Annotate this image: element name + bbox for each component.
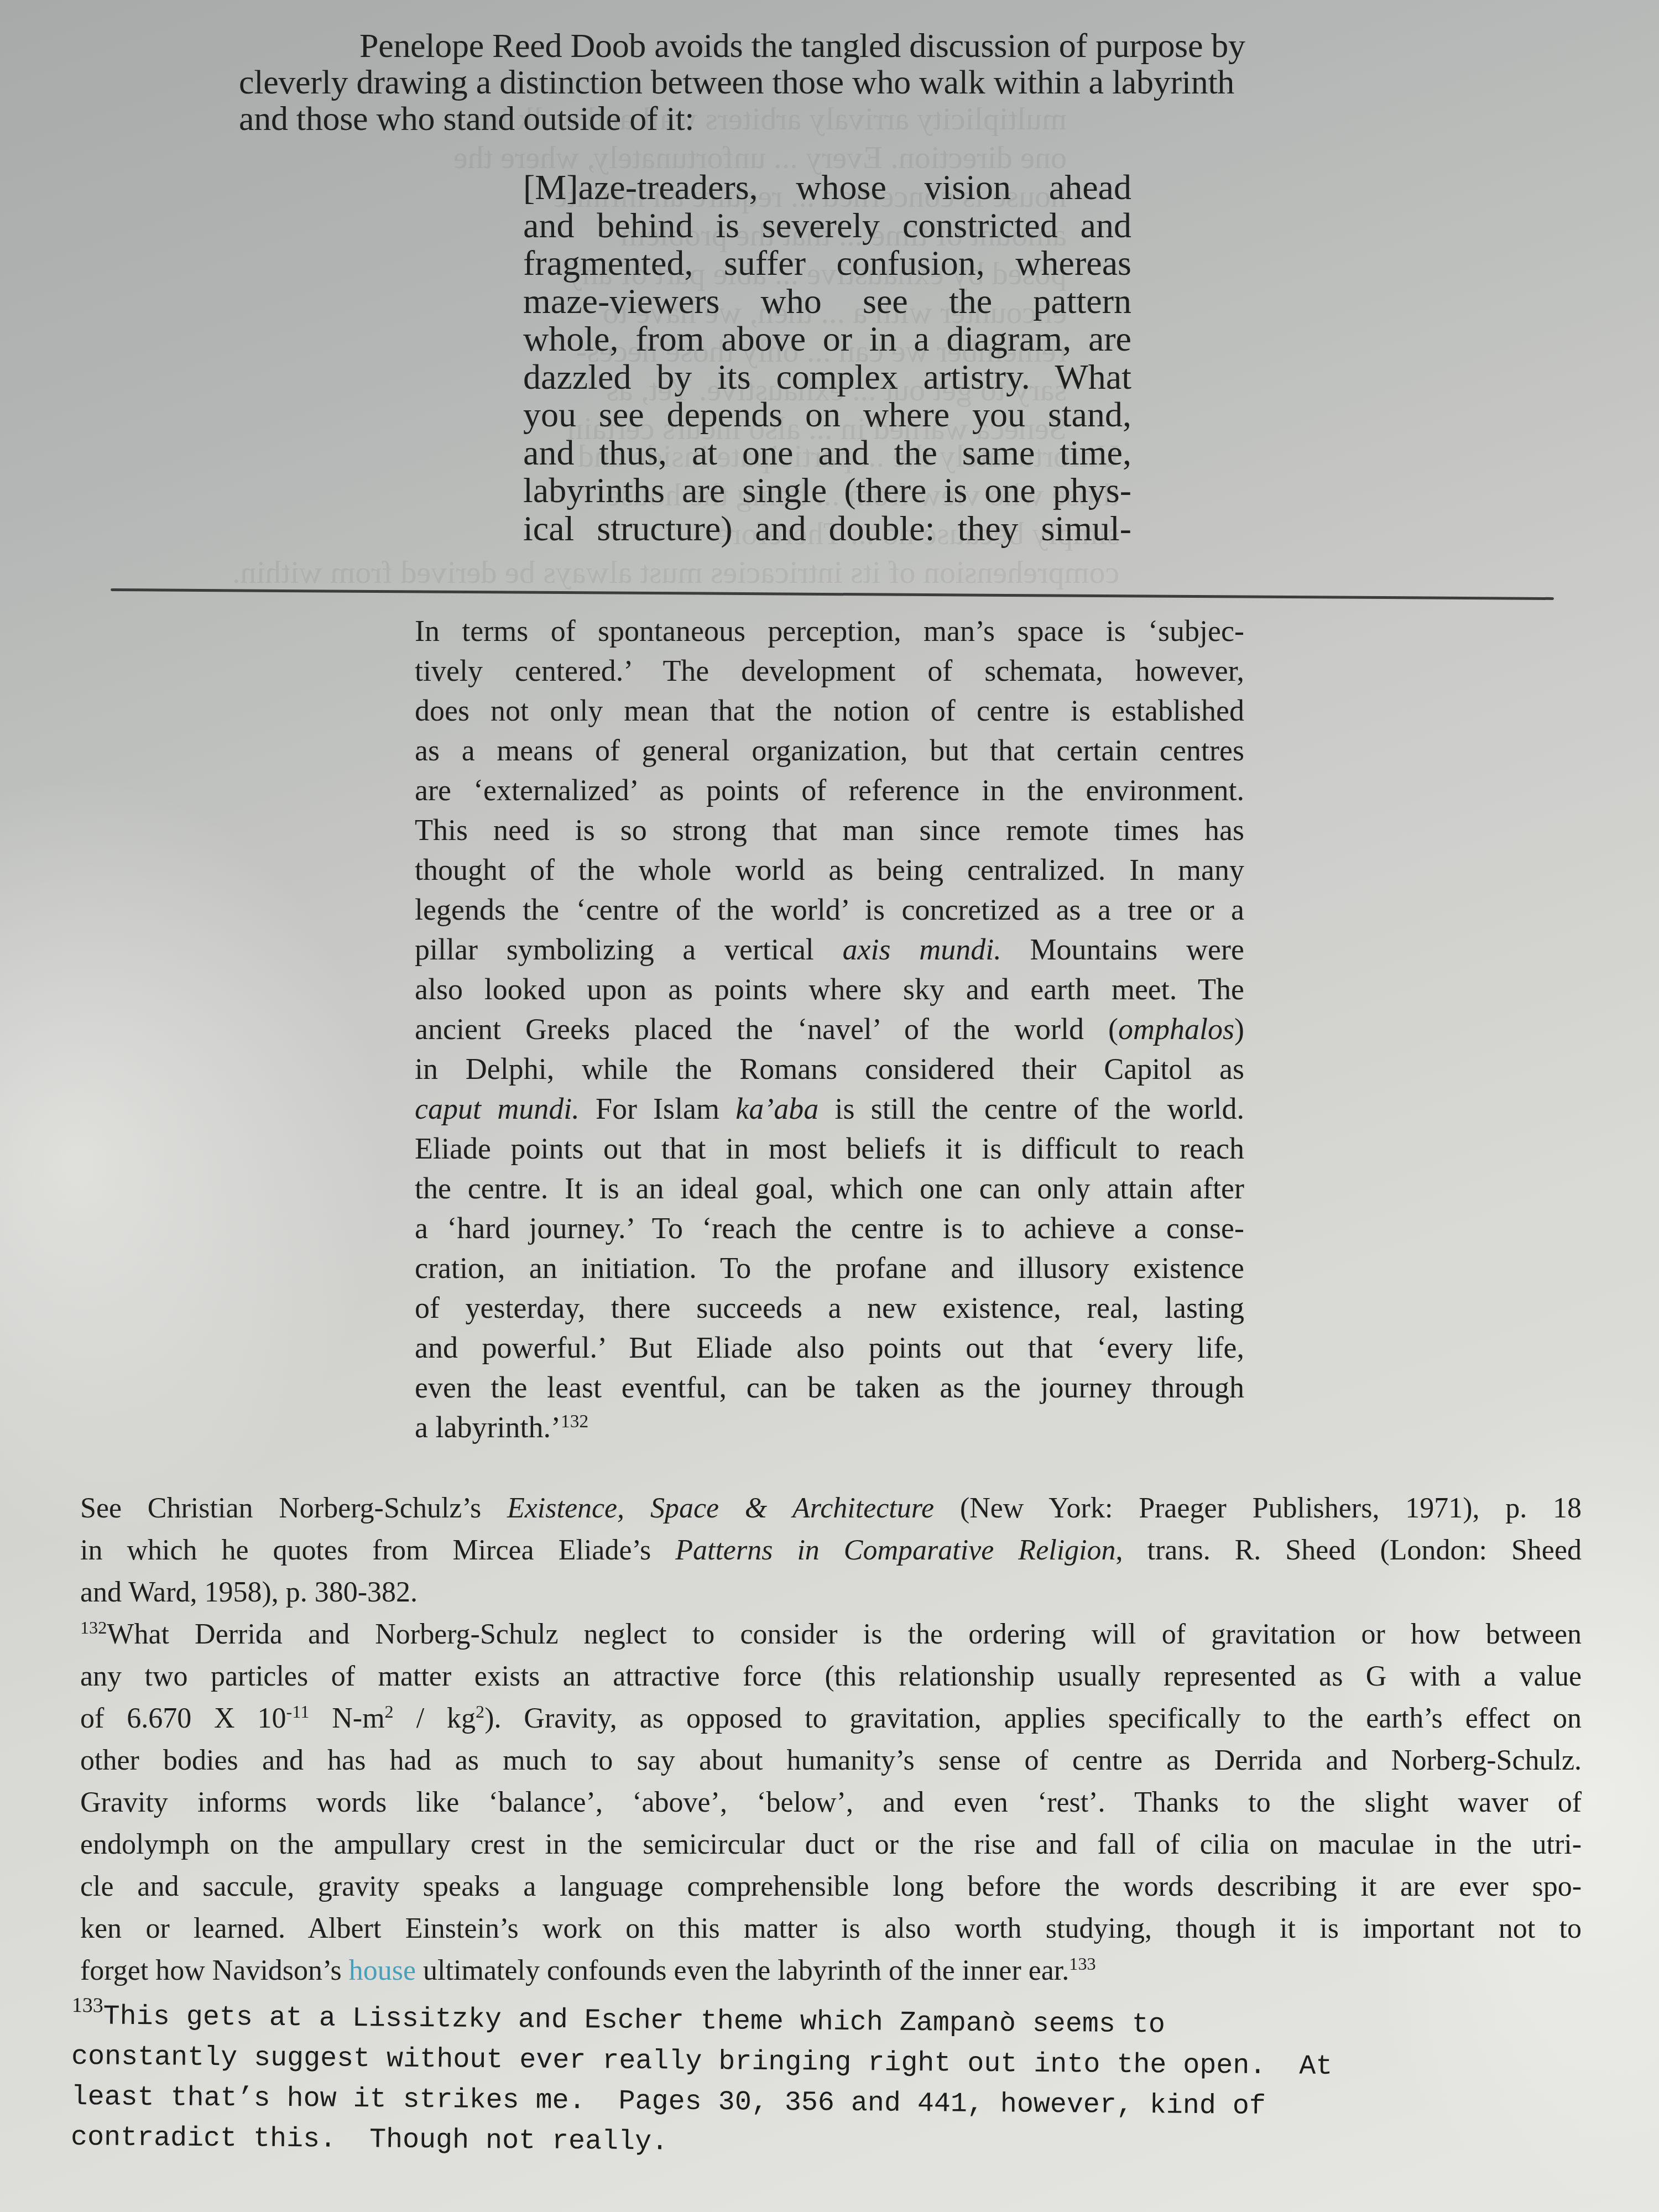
quote-line: in Delphi, while the Romans considered t… [415, 1049, 1244, 1089]
quote-line: labyrinths are single (there is one phys… [523, 472, 1131, 510]
quote-line: whole, from above or in a diagram, are [523, 320, 1131, 358]
quote-line: also looked upon as points where sky and… [415, 969, 1244, 1009]
citation-line: and Ward, 1958), p. 380-382. [80, 1572, 1582, 1614]
text-run: ultimately confounds even the labyrinth … [416, 1955, 1069, 1986]
quote-line: of yesterday, there succeeds a new exist… [415, 1288, 1244, 1328]
text-run: ) [1234, 1013, 1244, 1046]
text-run: , trans. R. Sheed (London: Sheed [1116, 1535, 1582, 1566]
house-link[interactable]: house [349, 1955, 416, 1986]
book-title: Patterns in Comparative Religion [675, 1535, 1115, 1566]
text-run: in which he quotes from Mircea Eliade’s [80, 1535, 675, 1566]
footnote-132-line: 132What Derrida and Norberg-Schulz negle… [80, 1614, 1582, 1656]
quote-line: tively centered.’ The development of sch… [415, 651, 1244, 691]
quote-line: caput mundi. For Islam ka’aba is still t… [415, 1089, 1244, 1129]
italic-term: caput mundi. [415, 1092, 580, 1125]
italic-term: ka’aba [735, 1092, 818, 1125]
quote-line: [M]aze-treaders, whose vision ahead [523, 169, 1131, 207]
page-lighting-left [0, 774, 387, 1548]
footnote-number-133: 133 [72, 1994, 103, 2017]
footnote-132-line: endolymph on the ampullary crest in the … [80, 1824, 1582, 1866]
quote-line: fragmented, suffer confusion, whereas [523, 244, 1131, 283]
text-run: ). Gravity, as opposed to gravitation, a… [484, 1703, 1582, 1734]
quote-line: maze-viewers who see the pattern [523, 283, 1131, 321]
quote-line: and thus, at one and the same time, [523, 434, 1131, 472]
footnote-133-typewriter: 133This gets at a Lissitzky and Escher t… [71, 1996, 1565, 2169]
text-run: N-m [309, 1703, 384, 1734]
footnote-132-line: any two particles of matter exists an at… [80, 1656, 1582, 1698]
text-run: (New York: Praeger Publishers, 1971), p.… [934, 1493, 1582, 1524]
quote-line: In terms of spontaneous perception, man’… [415, 611, 1244, 651]
text-run: of 6.670 X 10 [80, 1703, 286, 1734]
text-run: a labyrinth.’ [415, 1411, 561, 1444]
quote-line: a ‘hard journey.’ To ‘reach the centre i… [415, 1208, 1244, 1248]
quote-line: ical structure) and double: they simul- [523, 510, 1131, 548]
text-run: ancient Greeks placed the ‘navel’ of the… [415, 1013, 1118, 1046]
quote-line: does not only mean that the notion of ce… [415, 691, 1244, 731]
block-quote-doob: [M]aze-treaders, whose vision ahead and … [523, 169, 1131, 547]
footnote-132-line: cle and saccule, gravity speaks a langua… [80, 1866, 1582, 1908]
text-run: forget how Navidson’s [80, 1955, 349, 1986]
text-run: pillar symbolizing a vertical [415, 933, 843, 966]
text-run: This gets at a Lissitzky and Escher them… [103, 2001, 1165, 2041]
quote-line: and powerful.’ But Eliade also points ou… [415, 1328, 1244, 1368]
quote-line: are ‘externalized’ as points of referenc… [415, 770, 1244, 810]
italic-term: axis mundi. [843, 933, 1001, 966]
footnote-number-132: 132 [80, 1618, 107, 1637]
footnote-ref-132[interactable]: 132 [561, 1411, 588, 1432]
footnotes-section: See Christian Norberg-Schulz’s Existence… [80, 1488, 1582, 1992]
quote-line: and behind is severely constricted and [523, 207, 1131, 245]
quote-line: a labyrinth.’132 [415, 1407, 1244, 1447]
footnote-132-line: forget how Navidson’s house ultimately c… [80, 1950, 1582, 1992]
text-run: See Christian Norberg-Schulz’s [80, 1493, 507, 1524]
citation-line: in which he quotes from Mircea Eliade’s … [80, 1530, 1582, 1572]
text-run: What Derrida and Norberg-Schulz neglect … [107, 1619, 1582, 1650]
quote-line: even the least eventful, can be taken as… [415, 1368, 1244, 1407]
exponent: 2 [385, 1702, 394, 1721]
text-line: Penelope Reed Doob avoids the tangled di… [239, 28, 1411, 64]
italic-term: omphalos [1118, 1013, 1234, 1046]
quote-line: as a means of general organization, but … [415, 731, 1244, 770]
quote-line: This need is so strong that man since re… [415, 810, 1244, 850]
quote-line: ancient Greeks placed the ‘navel’ of the… [415, 1009, 1244, 1049]
text-run: is still the centre of the world. [818, 1092, 1244, 1125]
exponent: -11 [286, 1702, 310, 1721]
footnote-132-line: ken or learned. Albert Einstein’s work o… [80, 1908, 1582, 1950]
footnote-ref-133[interactable]: 133 [1069, 1954, 1095, 1974]
quote-line: dazzled by its complex artistry. What [523, 358, 1131, 397]
quote-line: pillar symbolizing a vertical axis mundi… [415, 930, 1244, 969]
footnote-divider [111, 588, 1554, 600]
block-quote-norberg-schulz: In terms of spontaneous perception, man’… [415, 611, 1244, 1447]
book-title: Existence, Space & Architecture [507, 1493, 934, 1524]
footnote-132-line: of 6.670 X 10-11 N-m2 / kg2). Gravity, a… [80, 1698, 1582, 1740]
footnote-132-line: other bodies and has had as much to say … [80, 1740, 1582, 1782]
text-line: cleverly drawing a distinction between t… [239, 64, 1411, 101]
quote-line: cration, an initiation. To the profane a… [415, 1248, 1244, 1288]
quote-line: thought of the whole world as being cent… [415, 850, 1244, 890]
quote-line: legends the ‘centre of the world’ is con… [415, 890, 1244, 930]
footnote-132-line: Gravity informs words like ‘balance’, ‘a… [80, 1782, 1582, 1824]
text-run: / kg [394, 1703, 476, 1734]
quote-line: Eliade points out that in most beliefs i… [415, 1129, 1244, 1168]
text-run: Mountains were [1001, 933, 1244, 966]
citation-line: See Christian Norberg-Schulz’s Existence… [80, 1488, 1582, 1530]
intro-paragraph: Penelope Reed Doob avoids the tangled di… [239, 28, 1411, 137]
quote-line: you see depends on where you stand, [523, 396, 1131, 434]
text-run: For Islam [580, 1092, 736, 1125]
quote-line: the centre. It is an ideal goal, which o… [415, 1168, 1244, 1208]
text-line: and those who stand outside of it: [239, 101, 1411, 137]
exponent: 2 [476, 1702, 484, 1721]
